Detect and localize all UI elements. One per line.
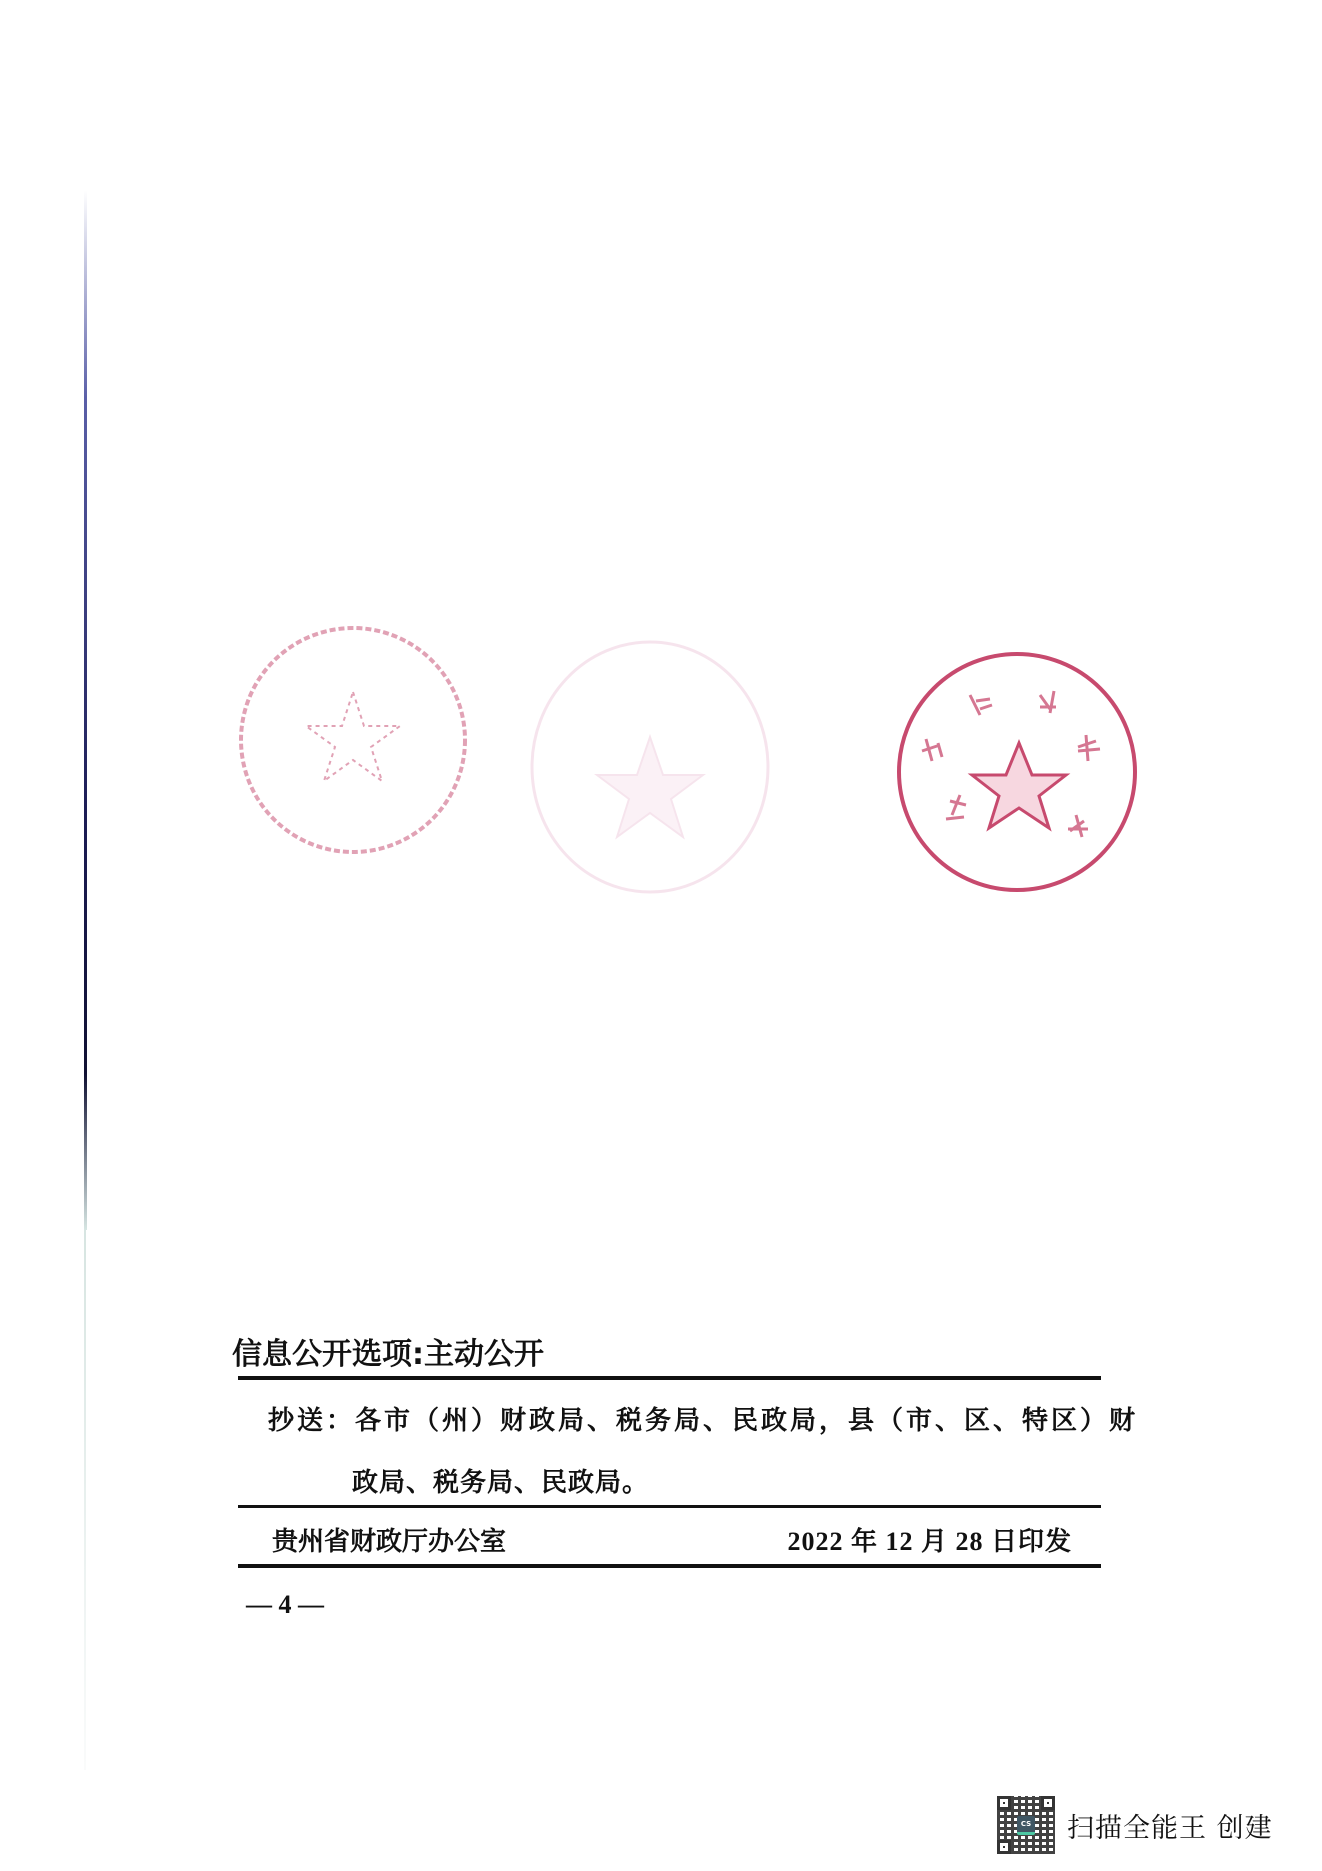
disclosure-option: 信息公开选项:主动公开 [232, 1329, 544, 1373]
official-seal-1 [233, 620, 473, 860]
watermark-text: 扫描全能王 创建 [1067, 1806, 1273, 1845]
issuing-office: 贵州省财政厅办公室 [272, 1521, 506, 1558]
divider-top [238, 1376, 1101, 1380]
page-binding-edge [84, 190, 87, 1230]
qr-code-icon: CS [997, 1796, 1055, 1854]
divider-middle [238, 1505, 1101, 1508]
official-seal-2 [525, 637, 775, 897]
page-number: — 4 — [246, 1590, 324, 1620]
seal-icon [233, 620, 473, 860]
issue-date: 2022 年 12 月 28 日印发 [787, 1521, 1072, 1558]
official-seal-3 [892, 647, 1142, 897]
scanner-watermark: CS 扫描全能王 创建 [997, 1796, 1273, 1854]
divider-bottom [238, 1564, 1101, 1568]
page-binding-edge-lower [84, 1230, 86, 1770]
seal-icon [892, 647, 1142, 897]
seal-icon [525, 637, 775, 897]
camscanner-logo-icon: CS [1017, 1816, 1035, 1835]
carbon-copy-line-2: 政局、税务局、民政局。 [352, 1462, 649, 1499]
carbon-copy-line-1: 抄送：各市（州）财政局、税务局、民政局，县（市、区、特区）财 [268, 1400, 1138, 1437]
